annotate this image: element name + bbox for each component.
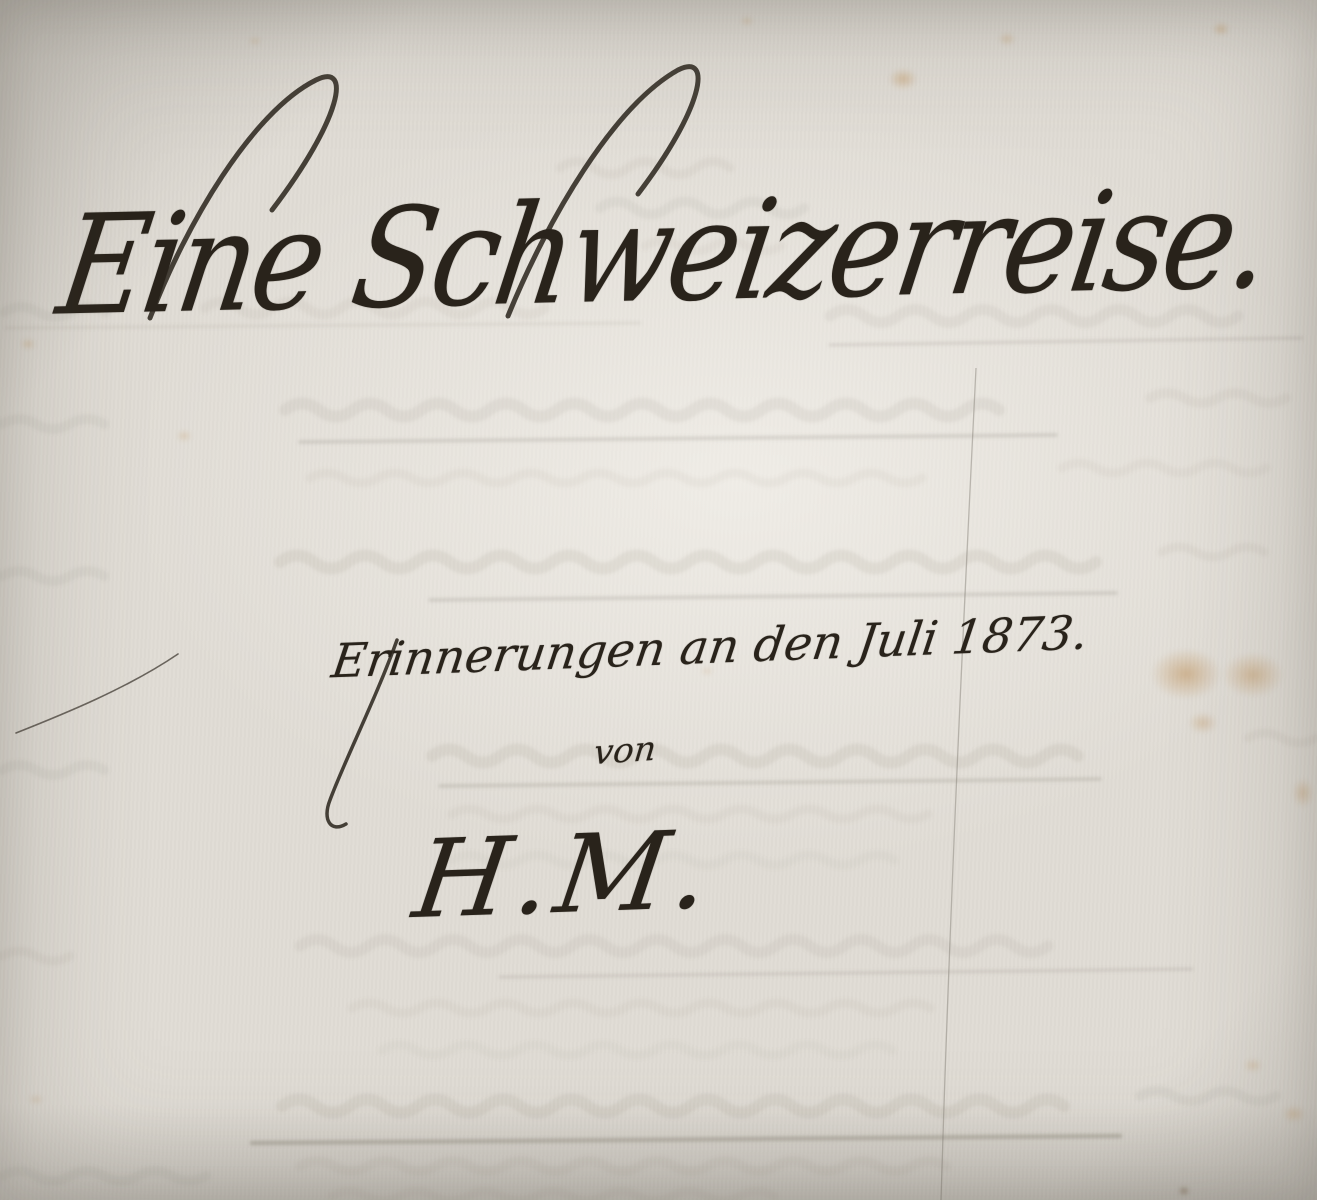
paper-crease-line bbox=[941, 368, 976, 1200]
manuscript-page: Eine Schweizerreise. Erinnerungen an den… bbox=[0, 0, 1317, 1200]
author-initials: H.M. bbox=[346, 815, 784, 938]
page-title: Eine Schweizerreise. bbox=[27, 171, 1300, 337]
